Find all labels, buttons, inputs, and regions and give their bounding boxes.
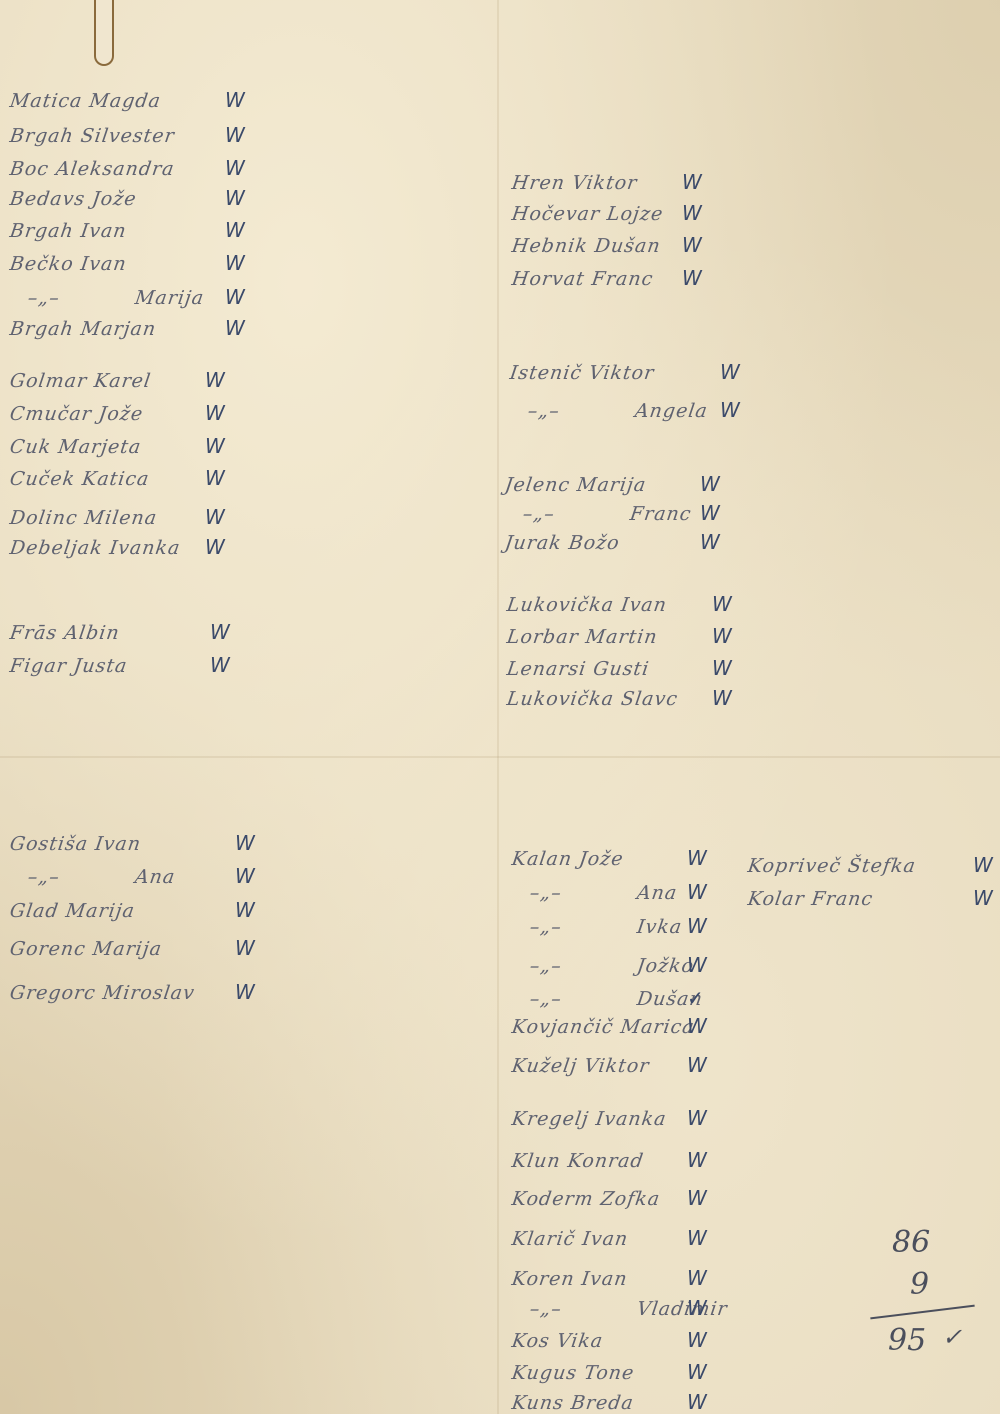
surname: –„– (8, 287, 129, 309)
tick-mark-icon: W (225, 218, 245, 242)
given-name: Angela (634, 400, 710, 422)
given-name: Karel (93, 370, 153, 392)
person-name: –„– Ana (510, 882, 678, 904)
surname: Figar (8, 655, 68, 677)
surname: Matica (8, 90, 84, 112)
list-item: Gorenc MarijaW (10, 938, 265, 968)
person-name: Gregorc Miroslav (8, 982, 196, 1004)
given-name: Viktor (583, 1055, 651, 1077)
given-name: Franc (629, 503, 694, 525)
person-name: Bečko Ivan (8, 253, 128, 275)
tick-mark-icon: W (687, 1328, 707, 1352)
person-name: Istenič Viktor (508, 362, 655, 384)
given-name: Milena (83, 507, 159, 529)
list-item: Kuns BredaW (512, 1392, 717, 1414)
given-name: Franc (590, 268, 655, 290)
given-name: Ana (134, 866, 177, 888)
surname: Gorenc (8, 938, 87, 960)
list-item: Hren ViktorW (512, 172, 712, 202)
surname: Hren (510, 172, 566, 194)
given-name: Zofka (599, 1188, 662, 1210)
surname: Gregorc (8, 982, 97, 1004)
surname: Dolinc (8, 507, 79, 529)
tick-mark-icon: W (687, 953, 707, 977)
surname: Bedavs (8, 188, 86, 210)
surname: Istenič (508, 362, 583, 384)
tick-mark-icon: W (687, 1226, 707, 1250)
given-name: Ivanka (108, 537, 182, 559)
person-name: Boc Aleksandra (8, 158, 176, 180)
person-name: Kovjančič Marica (510, 1016, 696, 1038)
tick-mark-icon: W (687, 1266, 707, 1290)
person-name: Gorenc Marija (8, 938, 163, 960)
surname: Kregelj (510, 1108, 590, 1130)
given-name: Marija (91, 938, 163, 960)
person-name: Debeljak Ivanka (8, 537, 181, 559)
person-name: Dolinc Milena (8, 507, 158, 529)
surname: Kugus (510, 1362, 578, 1384)
surname: Klun (510, 1150, 562, 1172)
surname: Horvat (510, 268, 586, 290)
tally-check-icon: ✓ (942, 1323, 962, 1351)
tick-mark-icon: W (225, 316, 245, 340)
tick-mark-icon: W (225, 123, 245, 147)
tick-mark-icon: W (712, 686, 732, 710)
given-name: Magda (88, 90, 163, 112)
given-name: Lojze (606, 203, 665, 225)
tally-total: 95 (888, 1323, 926, 1358)
tick-mark-icon: W (682, 266, 702, 290)
tick-mark-icon: W (205, 466, 225, 490)
surname: Kuns (510, 1392, 565, 1414)
person-name: Kugus Tone (510, 1362, 635, 1384)
surname: Golmar (8, 370, 88, 392)
tick-mark-icon: W (682, 201, 702, 225)
person-name: Cuk Marjeta (8, 436, 142, 458)
given-name: Marica (619, 1016, 696, 1038)
list-item: Jurak BožoW (505, 532, 730, 562)
given-name: Ana (636, 882, 679, 904)
given-name: Konrad (566, 1150, 645, 1172)
person-name: Lorbar Martin (505, 626, 659, 648)
list-item: –„– FrancW (505, 503, 730, 533)
tick-mark-icon: W (712, 656, 732, 680)
person-name: –„– Jožko (510, 955, 695, 977)
list-item: Gregorc MiroslavW (10, 982, 265, 1012)
person-name: Glad Marija (8, 900, 136, 922)
person-name: Jurak Božo (503, 532, 621, 554)
tick-mark-icon: W (235, 936, 255, 960)
surname: Cmučar (8, 403, 93, 425)
list-item: Horvat FrancW (512, 268, 712, 298)
given-name: Silvester (79, 125, 176, 147)
tick-mark-icon: W (225, 186, 245, 210)
tick-mark-icon: W (682, 170, 702, 194)
list-item: –„– IvkaW (512, 916, 717, 946)
surname: Kopriveč (746, 855, 842, 877)
list-item: Bečko IvanW (10, 253, 255, 283)
list-item: –„– AngelaW (510, 400, 750, 430)
surname: Brgah (8, 318, 75, 340)
person-name: Bedavs Jože (8, 188, 138, 210)
list-item: Lenarsi GustiW (507, 658, 742, 688)
list-item: Hočevar LojzeW (512, 203, 712, 233)
surname: –„– (503, 503, 624, 525)
given-name: Ivan (620, 594, 669, 616)
tick-mark-icon: W (720, 398, 740, 422)
given-name: Marjan (79, 318, 157, 340)
surname: –„– (508, 400, 629, 422)
person-name: Kolar Franc (746, 888, 874, 910)
given-name: Albin (63, 622, 121, 644)
person-name: –„– Franc (503, 503, 693, 525)
surname: Brgah (8, 125, 75, 147)
person-name: Kopriveč Štefka (746, 855, 917, 877)
person-name: –„– Marija (8, 287, 205, 309)
list-item: Kovjančič MaricaW (512, 1016, 717, 1046)
given-name: Božo (567, 532, 621, 554)
surname: –„– (510, 916, 631, 938)
given-name: Tone (583, 1362, 636, 1384)
tally-first: 86 (892, 1225, 930, 1260)
given-name: Gusti (592, 658, 651, 680)
surname: –„– (510, 882, 631, 904)
tick-mark-icon: W (687, 1296, 707, 1320)
checkmark-icon: ✓ (687, 986, 704, 1010)
surname: Lukovička (505, 688, 615, 710)
given-name: Viktor (571, 172, 639, 194)
given-name: Ivan (79, 220, 128, 242)
given-name: Ivan (580, 1268, 629, 1290)
list-item: Kolar FrancW (748, 888, 1000, 918)
list-item: Debeljak IvankaW (10, 537, 235, 567)
surname: Debeljak (8, 537, 104, 559)
surname: Cuk (8, 436, 52, 458)
list-item: Klarič IvanW (512, 1228, 717, 1258)
list-item: Kregelj IvankaW (512, 1108, 717, 1138)
tick-mark-icon: W (225, 156, 245, 180)
tally-line (870, 1305, 974, 1320)
surname: Klarič (510, 1228, 576, 1250)
surname: Kovjančič (510, 1016, 615, 1038)
tick-mark-icon: W (235, 864, 255, 888)
given-name: Ivka (636, 916, 684, 938)
list-item: Hebnik DušanW (512, 235, 712, 265)
given-name: Jože (97, 403, 144, 425)
tick-mark-icon: W (687, 880, 707, 904)
list-item: Dolinc MilenaW (10, 507, 235, 537)
tick-mark-icon: W (687, 1014, 707, 1038)
given-name: Marija (64, 900, 136, 922)
person-name: Kalan Jože (510, 848, 625, 870)
person-name: Kuns Breda (510, 1392, 635, 1414)
given-name: Dušan (593, 235, 662, 257)
list-item: Lorbar MartinW (507, 626, 742, 656)
tick-mark-icon: W (210, 620, 230, 644)
given-name: Breda (570, 1392, 636, 1414)
punched-slot (94, 0, 114, 66)
person-name: Frās Albin (8, 622, 121, 644)
tick-mark-icon: W (973, 886, 993, 910)
tick-mark-icon: W (712, 592, 732, 616)
person-name: Brgah Marjan (8, 318, 157, 340)
tick-mark-icon: W (712, 624, 732, 648)
person-name: –„– Angela (508, 400, 709, 422)
surname: Kolar (746, 888, 806, 910)
given-name: Ivanka (594, 1108, 668, 1130)
surname: Koderm (510, 1188, 595, 1210)
given-name: Aleksandra (55, 158, 177, 180)
tick-mark-icon: W (210, 653, 230, 677)
person-name: Cmučar Jože (8, 403, 144, 425)
list-item: Frās AlbinW (10, 622, 240, 652)
surname: Bečko (8, 253, 75, 275)
given-name: Martin (584, 626, 659, 648)
surname: Lorbar (505, 626, 580, 648)
list-item: Gostiša IvanW (10, 833, 265, 863)
person-name: Jelenc Marija (503, 474, 647, 496)
person-name: Lenarsi Gusti (505, 658, 650, 680)
person-name: Cuček Katica (8, 468, 151, 490)
tick-mark-icon: W (700, 472, 720, 496)
surname: Jelenc (503, 474, 571, 496)
list-item: Brgah MarjanW (10, 318, 255, 348)
tally-sum: 86 9 95 ✓ (870, 1225, 980, 1414)
tick-mark-icon: W (700, 530, 720, 554)
tick-mark-icon: W (225, 285, 245, 309)
given-name: Ivan (581, 1228, 630, 1250)
tick-mark-icon: W (205, 401, 225, 425)
given-name: Marija (576, 474, 648, 496)
surname: Koren (510, 1268, 576, 1290)
person-name: Kos Vika (510, 1330, 604, 1352)
person-name: Kuželj Viktor (510, 1055, 651, 1077)
given-name: Ivan (94, 833, 143, 855)
tick-mark-icon: W (720, 360, 740, 384)
list-item: Kuželj ViktorW (512, 1055, 717, 1085)
paper-fold-horizontal (0, 756, 1000, 758)
given-name: Ivan (79, 253, 128, 275)
person-name: Koren Ivan (510, 1268, 629, 1290)
surname: –„– (510, 1298, 631, 1320)
list-item: Cuk MarjetaW (10, 436, 235, 466)
person-name: Hočevar Lojze (510, 203, 664, 225)
person-name: –„– Ana (8, 866, 176, 888)
surname: Kos (510, 1330, 551, 1352)
given-name: Franc (810, 888, 875, 910)
list-item: Klun KonradW (512, 1150, 717, 1180)
list-item: Kopriveč ŠtefkaW (748, 855, 1000, 885)
tick-mark-icon: W (687, 846, 707, 870)
person-name: Lukovička Ivan (505, 594, 668, 616)
person-name: Lukovička Slavc (505, 688, 679, 710)
person-name: Golmar Karel (8, 370, 152, 392)
tick-mark-icon: W (205, 368, 225, 392)
surname: Kuželj (510, 1055, 578, 1077)
surname: Hočevar (510, 203, 601, 225)
surname: Lukovička (505, 594, 615, 616)
given-name: Vika (555, 1330, 604, 1352)
tick-mark-icon: W (973, 853, 993, 877)
list-item: –„– VladimirW (512, 1298, 717, 1328)
surname: Frās (8, 622, 58, 644)
tick-mark-icon: W (205, 535, 225, 559)
person-name: –„– Ivka (510, 916, 683, 938)
tick-mark-icon: W (225, 88, 245, 112)
list-item: Kugus ToneW (512, 1362, 717, 1392)
tick-mark-icon: W (700, 501, 720, 525)
given-name: Justa (72, 655, 129, 677)
list-item: Kalan JožeW (512, 848, 717, 878)
tick-mark-icon: W (687, 914, 707, 938)
person-name: Klarič Ivan (510, 1228, 629, 1250)
list-item: –„– AnaW (512, 882, 717, 912)
list-item: Lukovička SlavcW (507, 688, 742, 718)
tick-mark-icon: W (205, 434, 225, 458)
list-item: Golmar KarelW (10, 370, 235, 400)
person-name: –„– Dušan (510, 988, 704, 1010)
tick-mark-icon: W (687, 1390, 707, 1414)
surname: Glad (8, 900, 60, 922)
given-name: Marija (134, 287, 206, 309)
given-name: Štefka (847, 855, 918, 877)
tick-mark-icon: W (205, 505, 225, 529)
surname: Brgah (8, 220, 75, 242)
person-name: Hren Viktor (510, 172, 638, 194)
given-name: Miroslav (101, 982, 196, 1004)
list-item: Cuček KaticaW (10, 468, 235, 498)
list-item: –„– AnaW (10, 866, 265, 896)
tick-mark-icon: W (235, 898, 255, 922)
person-name: Kregelj Ivanka (510, 1108, 668, 1130)
surname: –„– (8, 866, 129, 888)
given-name: Viktor (588, 362, 656, 384)
given-name: Vladimir (636, 1298, 730, 1320)
person-name: Gostiša Ivan (8, 833, 142, 855)
tick-mark-icon: W (687, 1186, 707, 1210)
surname: Boc (8, 158, 50, 180)
list-item: Koderm ZofkaW (512, 1188, 717, 1218)
surname: Lenarsi (505, 658, 587, 680)
person-name: Matica Magda (8, 90, 162, 112)
list-item: –„– MarijaW (10, 287, 255, 317)
person-name: Horvat Franc (510, 268, 654, 290)
given-name: Marjeta (57, 436, 143, 458)
person-name: Brgah Ivan (8, 220, 128, 242)
list-item: –„– JožkoW (512, 955, 717, 985)
list-item: Lukovička IvanW (507, 594, 742, 624)
list-item: Boc AleksandraW (10, 158, 255, 188)
tick-mark-icon: W (235, 831, 255, 855)
list-item: Brgah IvanW (10, 220, 255, 250)
list-item: Bedavs JožeW (10, 188, 255, 218)
person-name: Hebnik Dušan (510, 235, 662, 257)
list-item: Matica MagdaW (10, 90, 255, 120)
surname: Kalan (510, 848, 573, 870)
tick-mark-icon: W (235, 980, 255, 1004)
person-name: Klun Konrad (510, 1150, 645, 1172)
list-item: Koren IvanW (512, 1268, 717, 1298)
person-name: Brgah Silvester (8, 125, 176, 147)
tick-mark-icon: W (225, 251, 245, 275)
surname: Hebnik (510, 235, 589, 257)
list-item: Jelenc MarijaW (505, 474, 730, 504)
tally-second: 9 (910, 1267, 929, 1302)
surname: –„– (510, 955, 631, 977)
list-item: Figar JustaW (10, 655, 240, 685)
person-name: Figar Justa (8, 655, 129, 677)
given-name: Jože (578, 848, 625, 870)
tick-mark-icon: W (687, 1148, 707, 1172)
list-item: Kos VikaW (512, 1330, 717, 1360)
list-item: Cmučar JožeW (10, 403, 235, 433)
tick-mark-icon: W (687, 1360, 707, 1384)
given-name: Jože (91, 188, 138, 210)
paper-fold-vertical (497, 0, 499, 1414)
surname: Jurak (503, 532, 563, 554)
list-item: Istenič ViktorW (510, 362, 750, 392)
surname: Gostiša (8, 833, 89, 855)
surname: Cuček (8, 468, 76, 490)
list-item: Glad MarijaW (10, 900, 265, 930)
given-name: Katica (81, 468, 151, 490)
tick-mark-icon: W (687, 1053, 707, 1077)
given-name: Slavc (620, 688, 680, 710)
tick-mark-icon: W (687, 1106, 707, 1130)
list-item: Brgah SilvesterW (10, 125, 255, 155)
surname: –„– (510, 988, 631, 1010)
person-name: Koderm Zofka (510, 1188, 661, 1210)
tick-mark-icon: W (682, 233, 702, 257)
